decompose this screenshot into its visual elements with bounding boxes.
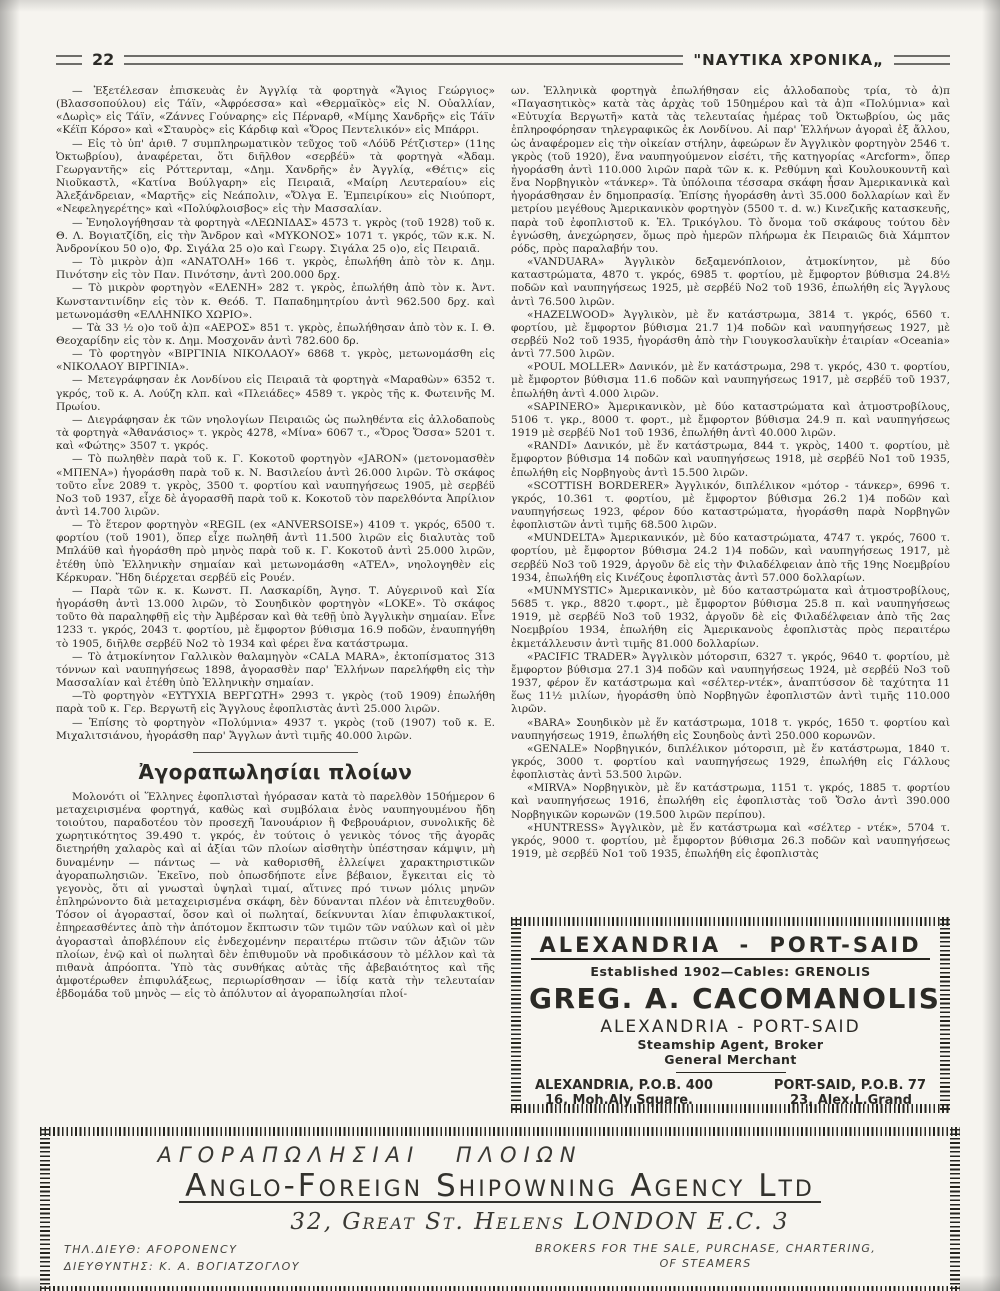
ad-company-name: GREG. A. CACOMANOLIS bbox=[529, 982, 932, 1015]
ship-sale-entry: «SAPINERO» Ἀμερικανικὸν, μὲ δύο καταστρώ… bbox=[511, 401, 950, 440]
ship-sale-entry: «VANDUARA» Ἀγγλικὸν δεξαμενόπλοιον, ἀτμο… bbox=[511, 256, 950, 309]
ship-sale-entry: «POUL MOLLER» Δανικόν, μὲ ἕν κατάστρωμα,… bbox=[511, 361, 950, 400]
ad-address-line: PORT-SAID, P.O.B. 77 bbox=[774, 1078, 926, 1093]
news-paragraph: — Μετεγράφησαν ἐκ Λονδίνου εἰς Πειραιᾶ τ… bbox=[56, 374, 495, 413]
section-title: Ἀγοραπωλησίαι πλοίων bbox=[56, 760, 495, 784]
magazine-page: 22 "ΝΑΥΤΙΚΑ ΧΡΟΝΙΚΑ„ — Ἐξετέλεσαν ἐπισκε… bbox=[0, 0, 1000, 1291]
anglo-foreign-ad: ΑΓΟΡΑΠΩΛΗΣΙΑΙ ΠΛΟΙΩΝ Anglo-Foreign Shipo… bbox=[40, 1127, 960, 1291]
news-paragraph: — Τὸ πωληθὲν παρὰ τοῦ κ. Γ. Κοκοτοῦ φορτ… bbox=[56, 453, 495, 519]
news-paragraph: — Διεγράφησαν ἐκ τῶν νηολογίων Πειραιῶς … bbox=[56, 414, 495, 453]
ad-greek-heading: ΑΓΟΡΑΠΩΛΗΣΙΑΙ ΠΛΟΙΩΝ bbox=[64, 1143, 676, 1167]
section-body: Μολονότι οἱ Ἕλληνες ἐφοπλισταὶ ἠγόρασαν … bbox=[56, 791, 495, 1002]
ad-footer-row: ΤΗΛ.ΔΙΕΥΘ: AFOPONENCY ΔΙΕΥΘΥΝΤΗΣ: Κ. Α. … bbox=[64, 1241, 936, 1275]
news-items: — Ἐξετέλεσαν ἐπισκευὰς ἐν Ἀγγλίᾳ τὰ φορτ… bbox=[56, 85, 495, 743]
magazine-title: "ΝΑΥΤΙΚΑ ΧΡΟΝΙΚΑ„ bbox=[693, 51, 884, 69]
cacomanolis-ad: ALEXANDRIA - PORT-SAID Established 1902—… bbox=[511, 917, 950, 1113]
ad-company-name: Anglo-Foreign Shipowning Agency Ltd bbox=[179, 1171, 821, 1203]
news-paragraph: — Ἐπίσης τὸ φορτηγὸν «Πολύμνια» 4937 τ. … bbox=[56, 717, 495, 743]
ship-sale-entry: «HUNTRESS» Ἀγγλικὸν, μὲ ἕν κατάστρωμα κα… bbox=[511, 822, 950, 861]
ad-brokers-text: BROKERS FOR THE SALE, PURCHASE, CHARTERI… bbox=[535, 1241, 876, 1271]
ship-sale-entry: «RANDI» Δανικόν, μὲ ἕν κατάστρωμα, 844 τ… bbox=[511, 440, 950, 479]
news-paragraph: — Εἰς τὸ ὑπ' ἀριθ. 7 συμπληρωματικὸν τεῦ… bbox=[56, 138, 495, 217]
news-paragraph: — Τὸ ἀτμοκίνητον Γαλλικὸν θαλαμηγὸν «CAL… bbox=[56, 651, 495, 690]
ship-sale-entry: «HAZELWOOD» Ἀγγλικὸν, μὲ ἕν κατάστρωμα, … bbox=[511, 309, 950, 362]
continuation-paragraph: ων. Ἑλληνικὰ φορτηγὰ ἐπωλήθησαν εἰς ἀλλο… bbox=[511, 85, 950, 256]
header-rule-right bbox=[894, 55, 950, 65]
ad-director-line: ΔΙΕΥΘΥΝΤΗΣ: Κ. Α. ΒΟΓΙΑΤΖΟΓΛΟΥ bbox=[64, 1258, 300, 1275]
ship-sale-entries: «VANDUARA» Ἀγγλικὸν δεξαμενόπλοιον, ἀτμο… bbox=[511, 256, 950, 861]
ship-sale-entry: «SCOTTISH BORDERER» Ἀγγλικόν, διπλέλικον… bbox=[511, 480, 950, 533]
news-paragraph: — Παρὰ τῶν κ. κ. Κωνστ. Π. Λασκαρίδη, Ἀγ… bbox=[56, 585, 495, 651]
ship-sale-entry: «MIRVA» Νορβηγικὸν, μὲ ἕν κατάστρωμα, 11… bbox=[511, 782, 950, 821]
ad-director-label: ΔΙΕΥΘΥΝΤΗΣ: bbox=[64, 1260, 154, 1273]
news-paragraph: — Τὸ φορτηγὸν «ΒΙΡΓΙΝΙΑ ΝΙΚΟΛΑΟΥ» 6868 τ… bbox=[56, 348, 495, 374]
right-column: ων. Ἑλληνικὰ φορτηγὰ ἐπωλήθησαν εἰς ἀλλο… bbox=[511, 85, 950, 1113]
news-paragraph: — Τὸ ἕτερον φορτηγὸν «REGIL (ex «ANVERSO… bbox=[56, 519, 495, 585]
ad-route-title: ALEXANDRIA - PORT-SAID bbox=[531, 933, 929, 960]
news-paragraph: — Ἐξετέλεσαν ἐπισκευὰς ἐν Ἀγγλίᾳ τὰ φορτ… bbox=[56, 85, 495, 138]
section-paragraph: Μολονότι οἱ Ἕλληνες ἐφοπλισταὶ ἠγόρασαν … bbox=[56, 791, 495, 1002]
header-rule-left bbox=[56, 55, 82, 65]
ship-sale-entry: «PACIFIC TRADER» Ἀγγλικὸν μότορσιπ, 6327… bbox=[511, 651, 950, 717]
ad-contacts: ΤΗΛ.ΔΙΕΥΘ: AFOPONENCY ΔΙΕΥΘΥΝΤΗΣ: Κ. Α. … bbox=[64, 1241, 300, 1275]
ad-telegraph-line: ΤΗΛ.ΔΙΕΥΘ: AFOPONENCY bbox=[64, 1241, 300, 1258]
left-column: — Ἐξετέλεσαν ἐπισκευὰς ἐν Ἀγγλίᾳ τὰ φορτ… bbox=[56, 85, 495, 1113]
ad-role-line: General Merchant bbox=[529, 1052, 932, 1067]
header-rule-middle bbox=[124, 55, 683, 65]
ad-director-value: Κ. Α. ΒΟΓΙΑΤΖΟΓΛΟΥ bbox=[159, 1260, 300, 1273]
ad-brokers-line: OF STEAMERS bbox=[535, 1256, 876, 1271]
news-paragraph: — Τὸ μικρὸν ἀ)π «ΑΝΑΤΟΛΗ» 166 τ. γκρὸς, … bbox=[56, 256, 495, 282]
ad-established-line: Established 1902—Cables: GRENOLIS bbox=[529, 964, 932, 979]
ad-telegraph-value: AFOPONENCY bbox=[147, 1243, 238, 1256]
text-columns: — Ἐξετέλεσαν ἐπισκευὰς ἐν Ἀγγλίᾳ τὰ φορτ… bbox=[56, 85, 950, 1113]
page-number: 22 bbox=[92, 50, 114, 69]
ad-role-line: Steamship Agent, Broker bbox=[529, 1037, 932, 1052]
ad-divider bbox=[676, 1072, 786, 1073]
hatched-border-left bbox=[511, 919, 521, 1111]
ad-route-subtitle: ALEXANDRIA - PORT-SAID bbox=[529, 1017, 932, 1037]
page-header: 22 "ΝΑΥΤΙΚΑ ΧΡΟΝΙΚΑ„ bbox=[56, 50, 950, 69]
hatched-border-top bbox=[511, 917, 950, 926]
ad-brokers-line: BROKERS FOR THE SALE, PURCHASE, CHARTERI… bbox=[535, 1241, 876, 1256]
news-paragraph: — Τὸ μικρὸν φορτηγὸν «ΕΛΕΝΗ» 282 τ. γκρὸ… bbox=[56, 282, 495, 321]
ad-street-address: 32, Great St. Helens LONDON E.C. 3 bbox=[184, 1209, 896, 1235]
ad-address-line: ALEXANDRIA, P.O.B. 400 bbox=[535, 1078, 713, 1093]
ad-telegraph-label: ΤΗΛ.ΔΙΕΥΘ: bbox=[64, 1243, 142, 1256]
ship-sale-entry: «GENALE» Νορβηγικόν, διπλέλικον μότορσιπ… bbox=[511, 743, 950, 782]
continuation-text: ων. Ἑλληνικὰ φορτηγὰ ἐπωλήθησαν εἰς ἀλλο… bbox=[511, 85, 950, 256]
hatched-border-left bbox=[40, 1129, 50, 1291]
hatched-border-top bbox=[40, 1127, 960, 1136]
hatched-border-bottom bbox=[40, 1286, 960, 1291]
hatched-border-right bbox=[950, 1129, 960, 1291]
ship-sale-entry: «MUNDELTA» Ἀμερικανικόν, μὲ δύο καταστρώ… bbox=[511, 532, 950, 585]
hatched-border-right bbox=[940, 919, 950, 1111]
ship-sale-entry: «BARA» Σουηδικὸν μὲ ἕν κατάστρωμα, 1018 … bbox=[511, 717, 950, 743]
ship-sale-entry: «MUNMYSTIC» Ἀμερικανικὸν, μὲ δύο καταστρ… bbox=[511, 585, 950, 651]
ad-company-row: Anglo-Foreign Shipowning Agency Ltd bbox=[64, 1171, 936, 1203]
hatched-border-bottom bbox=[511, 1104, 950, 1113]
news-paragraph: —Τὸ φορτηγὸν «ΕΥΤΥΧΙΑ ΒΕΡΓΩΤΗ» 2993 τ. γ… bbox=[56, 690, 495, 716]
section-divider bbox=[193, 752, 358, 753]
news-paragraph: — Τὰ 33 ½ ο)ο τοῦ ἀ)π «ΑΕΡΟΣ» 851 τ. γκρ… bbox=[56, 322, 495, 348]
news-paragraph: — Ἐνηολογήθησαν τὰ φορτηγὰ «ΛΕΩΝΙΔΑΣ» 45… bbox=[56, 217, 495, 256]
